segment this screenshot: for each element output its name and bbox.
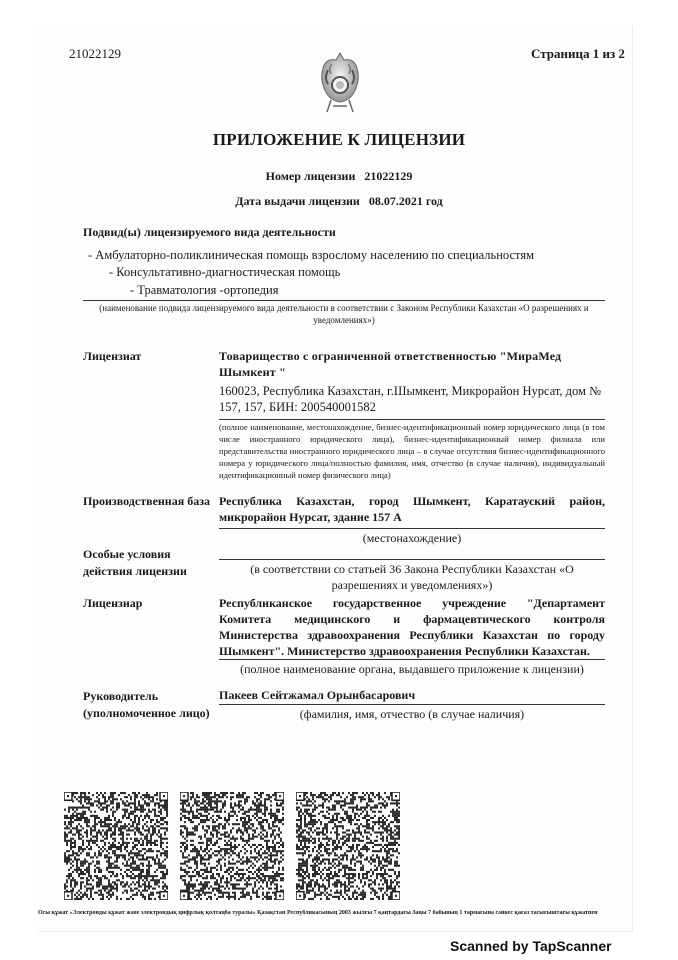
divider (219, 528, 605, 529)
divider (219, 704, 605, 705)
qr-code-icon (64, 792, 168, 900)
license-number-value: 21022129 (364, 169, 412, 183)
special-conditions-label-line1: Особые условия (83, 546, 187, 563)
license-number: Номер лицензии 21022129 (0, 169, 678, 184)
divider (219, 559, 605, 560)
licensor-label: Лицензиар (83, 595, 142, 612)
license-date-label: Дата выдачи лицензии (235, 194, 360, 208)
page-title: ПРИЛОЖЕНИЕ К ЛИЦЕНЗИИ (0, 130, 678, 150)
divider (219, 659, 605, 660)
qr-code-icon (296, 792, 400, 900)
document-number: 21022129 (69, 46, 121, 62)
page-indicator: Страница 1 из 2 (531, 46, 625, 62)
licensor-note: (полное наименование органа, выдавшего п… (219, 661, 605, 677)
production-base-note: (местонахождение) (219, 530, 605, 546)
production-base-value: Республика Казахстан, город Шымкент, Кар… (219, 493, 605, 525)
kazakhstan-state-emblem-icon (318, 50, 362, 116)
subtypes-heading: Подвид(ы) лицензируемого вида деятельнос… (83, 225, 336, 240)
subtype-item: - Консультативно-диагностическая помощь (109, 265, 340, 280)
footer-legal-text: Осы құжат «Электронды құжат және электро… (38, 910, 628, 916)
subtype-item: - Травматология -ортопедия (130, 283, 278, 298)
license-number-label: Номер лицензии (266, 169, 356, 183)
head-label-line2: (уполномоченное лицо) (83, 705, 210, 722)
special-conditions-label-line2: действия лицензии (83, 563, 187, 580)
licensor-value: Республиканское государственное учрежден… (219, 595, 605, 659)
licensee-address: 160023, Республика Казахстан, г.Шымкент,… (219, 383, 605, 415)
special-conditions-note: (в соответствии со статьей 36 Закона Рес… (219, 561, 605, 593)
licensee-label: Лицензиат (83, 348, 141, 365)
head-label: Руководитель (уполномоченное лицо) (83, 688, 210, 722)
qr-code-icon (180, 792, 284, 900)
divider (83, 300, 605, 301)
head-value: Пакеев Сейтжамал Орынбасарович (219, 687, 605, 703)
head-label-line1: Руководитель (83, 688, 210, 705)
special-conditions-label: Особые условия действия лицензии (83, 546, 187, 580)
head-note: (фамилия, имя, отчество (в случае наличи… (219, 706, 605, 722)
license-date: Дата выдачи лицензии 08.07.2021 год (0, 194, 678, 209)
licensee-name: Товарищество с ограниченной ответственно… (219, 348, 605, 380)
subtype-item: - Амбулаторно-поликлиническая помощь взр… (88, 248, 534, 263)
production-base-label: Производственная база (83, 493, 210, 510)
license-date-value: 08.07.2021 год (369, 194, 443, 208)
divider (219, 419, 605, 420)
subtypes-note: (наименование подвида лицензируемого вид… (83, 302, 605, 326)
licensee-note: (полное наименование, местонахождение, б… (219, 421, 605, 481)
scanner-watermark: Scanned by TapScanner (450, 938, 612, 954)
